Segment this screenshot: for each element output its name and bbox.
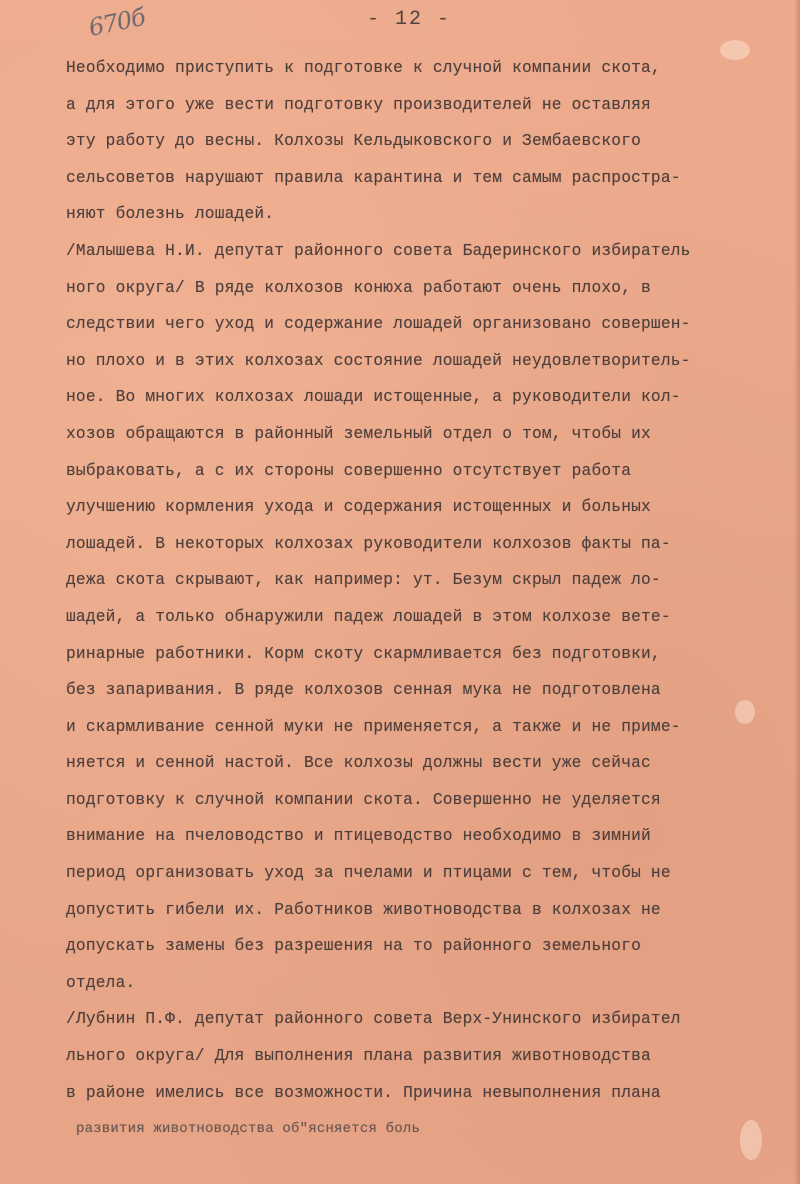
text-line: развития животноводства об"ясняется боль: [66, 1111, 790, 1148]
text-line: допускать замены без разрешения на то ра…: [66, 928, 790, 965]
text-line: /Лубнин П.Ф. депутат районного совета Ве…: [66, 1001, 790, 1038]
text-line: и скармливание сенной муки не применяетс…: [66, 709, 790, 746]
text-line: отдела.: [66, 965, 790, 1002]
text-line: период организовать уход за пчелами и пт…: [66, 855, 790, 892]
text-line: сельсоветов нарушают правила карантина и…: [66, 160, 790, 197]
typewritten-body: Необходимо приступить к подготовке к слу…: [66, 50, 790, 1148]
text-line: Необходимо приступить к подготовке к слу…: [66, 50, 790, 87]
text-line: дежа скота скрывают, как например: ут. Б…: [66, 562, 790, 599]
text-line: ринарные работники. Корм скоту скармлива…: [66, 636, 790, 673]
text-line: следствии чего уход и содержание лошадей…: [66, 306, 790, 343]
text-line: но плохо и в этих колхозах состояние лош…: [66, 343, 790, 380]
text-line: /Малышева Н.И. депутат районного совета …: [66, 233, 790, 270]
text-line: ное. Во многих колхозах лошади истощенны…: [66, 379, 790, 416]
text-line: подготовку к случной компании скота. Сов…: [66, 782, 790, 819]
text-line: эту работу до весны. Колхозы Кельдыковск…: [66, 123, 790, 160]
text-line: выбраковать, а с их стороны совершенно о…: [66, 453, 790, 490]
document-page: 670б - 12 - Необходимо приступить к подг…: [0, 0, 800, 1184]
paper-edge: [794, 0, 800, 1184]
text-line: хозов обращаются в районный земельный от…: [66, 416, 790, 453]
text-line: улучшению кормления ухода и содержания и…: [66, 489, 790, 526]
text-line: допустить гибели их. Работников животнов…: [66, 892, 790, 929]
page-number: - 12 -: [0, 8, 800, 31]
text-line: без запаривания. В ряде колхозов сенная …: [66, 672, 790, 709]
text-line: внимание на пчеловодство и птицеводство …: [66, 818, 790, 855]
text-line: няют болезнь лошадей.: [66, 196, 790, 233]
text-line: а для этого уже вести подготовку произво…: [66, 87, 790, 124]
text-line: в районе имелись все возможности. Причин…: [66, 1075, 790, 1112]
text-line: шадей, а только обнаружили падеж лошадей…: [66, 599, 790, 636]
text-line: лошадей. В некоторых колхозах руководите…: [66, 526, 790, 563]
text-line: ного округа/ В ряде колхозов конюха рабо…: [66, 270, 790, 307]
text-line: няется и сенной настой. Все колхозы долж…: [66, 745, 790, 782]
text-line: льного округа/ Для выполнения плана разв…: [66, 1038, 790, 1075]
